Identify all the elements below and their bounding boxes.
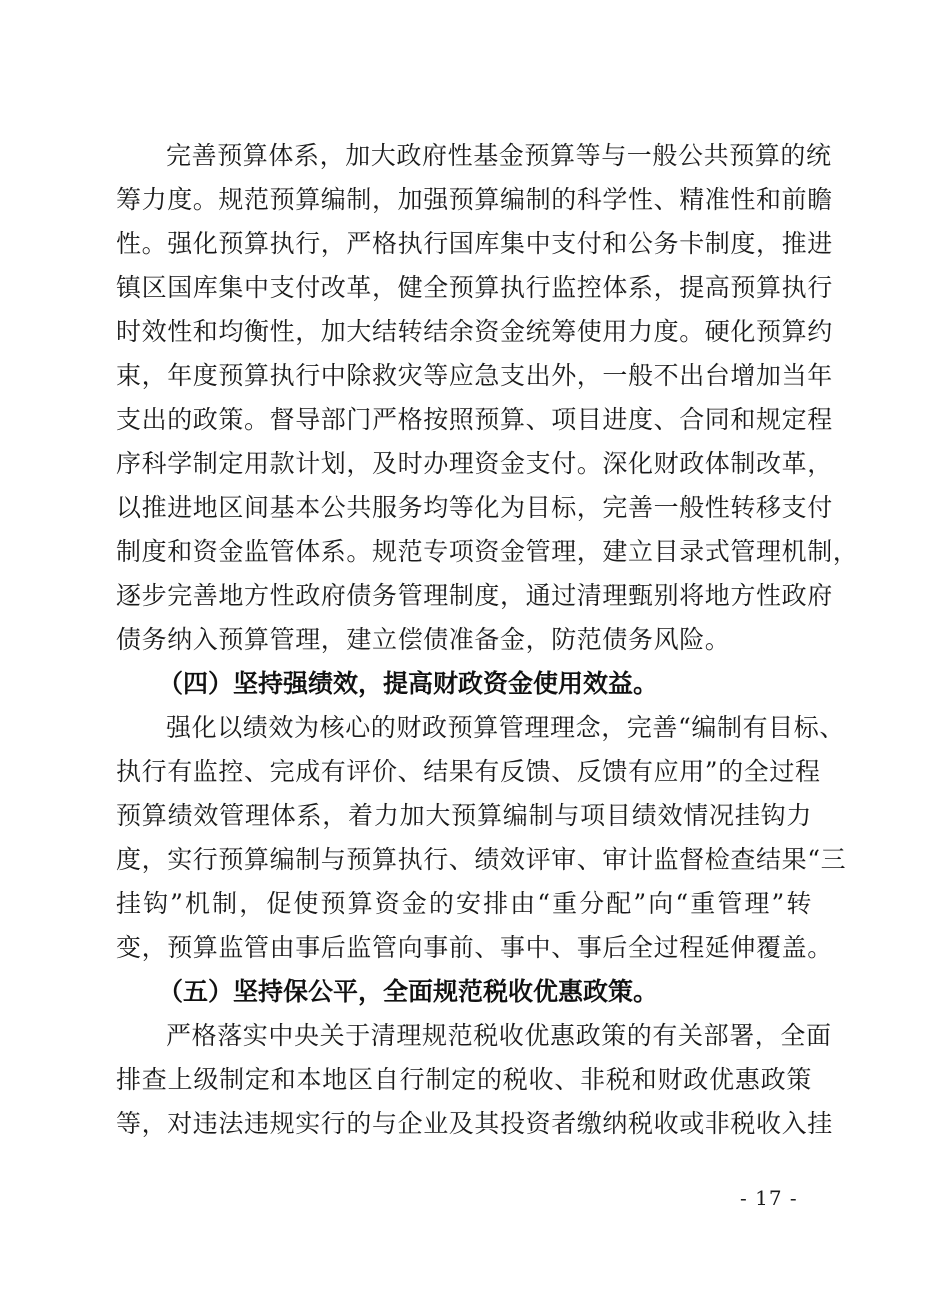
- paragraph-line: 性。强化预算执行，严格执行国库集中支付和公务卡制度，推进: [116, 222, 812, 266]
- paragraph-line: 排查上级制定和本地区自行制定的税收、非税和财政优惠政策: [116, 1058, 812, 1102]
- paragraph-line: 筹力度。规范预算编制，加强预算编制的科学性、精准性和前瞻: [116, 178, 812, 222]
- document-body: 完善预算体系，加大政府性基金预算等与一般公共预算的统 筹力度。规范预算编制，加强…: [116, 134, 812, 1146]
- paragraph-line: 序科学制定用款计划，及时办理资金支付。深化财政体制改革，: [116, 442, 812, 486]
- paragraph-line: 等，对违法违规实行的与企业及其投资者缴纳税收或非税收入挂: [116, 1102, 812, 1146]
- paragraph-line: 严格落实中央关于清理规范税收优惠政策的有关部署，全面: [116, 1014, 812, 1058]
- paragraph-line: 挂钩”机制，促使预算资金的安排由“重分配”向“重管理”转: [116, 882, 812, 926]
- paragraph-line: 镇区国库集中支付改革，健全预算执行监控体系，提高预算执行: [116, 266, 812, 310]
- paragraph-line: 预算绩效管理体系，着力加大预算编制与项目绩效情况挂钩力: [116, 794, 812, 838]
- paragraph-line: 支出的政策。督导部门严格按照预算、项目进度、合同和规定程: [116, 398, 812, 442]
- paragraph-line: 制度和资金监管体系。规范专项资金管理，建立目录式管理机制，: [116, 530, 812, 574]
- paragraph-line: 度，实行预算编制与预算执行、绩效评审、审计监督检查结果“三: [116, 838, 812, 882]
- paragraph-line: 变，预算监管由事后监管向事前、事中、事后全过程延伸覆盖。: [116, 926, 812, 970]
- section-heading-5: （五）坚持保公平，全面规范税收优惠政策。: [116, 970, 812, 1014]
- paragraph-line: 以推进地区间基本公共服务均等化为目标，完善一般性转移支付: [116, 486, 812, 530]
- paragraph-line: 执行有监控、完成有评价、结果有反馈、反馈有应用”的全过程: [116, 750, 812, 794]
- paragraph-line: 强化以绩效为核心的财政预算管理理念，完善“编制有目标、: [116, 706, 812, 750]
- page-number: - 17 -: [740, 1186, 798, 1210]
- paragraph-line: 逐步完善地方性政府债务管理制度，通过清理甄别将地方性政府: [116, 574, 812, 618]
- paragraph-line: 时效性和均衡性，加大结转结余资金统筹使用力度。硬化预算约: [116, 310, 812, 354]
- paragraph-line: 束，年度预算执行中除救灾等应急支出外，一般不出台增加当年: [116, 354, 812, 398]
- section-heading-4: （四）坚持强绩效，提高财政资金使用效益。: [116, 662, 812, 706]
- paragraph-line: 完善预算体系，加大政府性基金预算等与一般公共预算的统: [116, 134, 812, 178]
- document-page: 完善预算体系，加大政府性基金预算等与一般公共预算的统 筹力度。规范预算编制，加强…: [0, 0, 926, 1309]
- paragraph-line: 债务纳入预算管理，建立偿债准备金，防范债务风险。: [116, 618, 812, 662]
